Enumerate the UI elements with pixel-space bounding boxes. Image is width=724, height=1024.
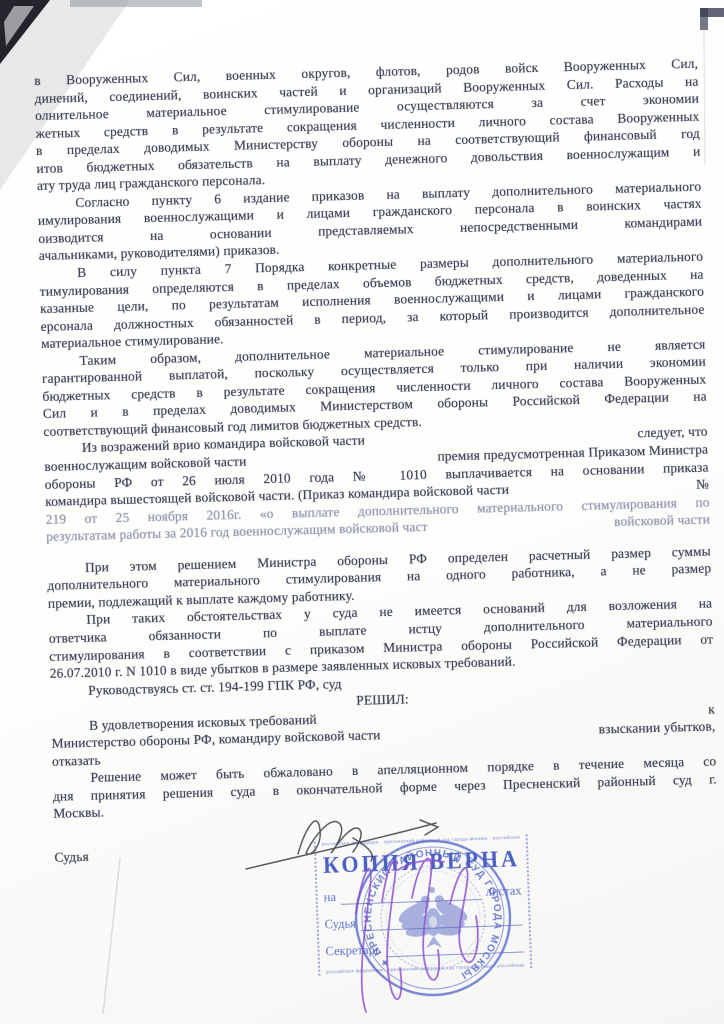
- stamp-secretary-row: Секретарь: [325, 938, 523, 960]
- text-line-segment: войсковой части: [614, 511, 710, 531]
- text-line-segment: взыскании убытков,: [598, 718, 715, 739]
- text-line-segment: №: [696, 476, 709, 494]
- text-line-segment: к: [708, 700, 715, 718]
- stamp-sheets-prefix: на: [323, 890, 336, 905]
- stamp-border-microtext-bottom: российская федерация · пресненский район…: [326, 963, 524, 976]
- stamp-secretary-label: Секретарь: [325, 943, 381, 960]
- document-text: в Вооруженных Сил, военных округов, флот…: [34, 55, 719, 867]
- stamp-sheets-suffix: листах: [485, 884, 521, 900]
- stamp-judge-row: Судья: [324, 911, 522, 933]
- text-line-segment: следует, что: [637, 423, 708, 442]
- stamp-blank-rule: [361, 924, 523, 932]
- scanned-page: в Вооруженных Сил, военных округов, флот…: [0, 0, 724, 1024]
- stamp-judge-label: Судья: [324, 916, 356, 932]
- stamp-blank-rule: [386, 951, 524, 958]
- copy-stamp: российская федерация · пресненский район…: [314, 834, 533, 975]
- stamp-blank-rule: [341, 898, 481, 905]
- copy-stamp-title: КОПИЯ ВЕРНА: [322, 845, 521, 879]
- stamp-sheets-row: на листах: [323, 884, 521, 906]
